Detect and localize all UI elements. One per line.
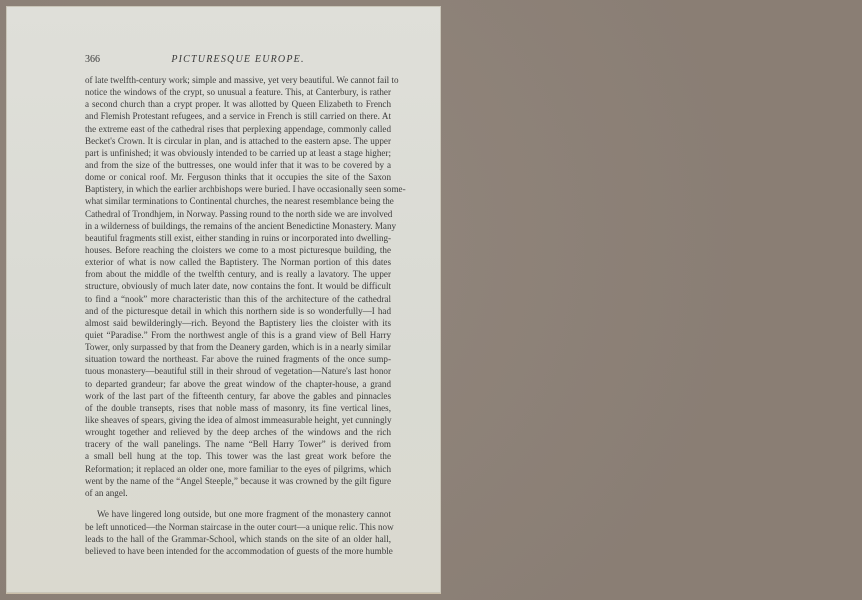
text-line: Reformation; it replaced an older one, m…: [85, 463, 391, 475]
paragraph-gap: [85, 499, 391, 509]
text-line: went by the name of the “Angel Steeple,”…: [85, 475, 391, 487]
text-line: to departed grandeur; far above the grea…: [85, 378, 391, 390]
text-line: Baptistery, in which the earlier archbis…: [85, 183, 391, 195]
text-line: situation toward the northeast. Far abov…: [85, 353, 391, 365]
text-line: part is unfinished; it was obviously int…: [85, 147, 391, 159]
text-line: what similar terminations to Continental…: [85, 195, 391, 207]
body-text: of late twelfth-century work; simple and…: [85, 74, 391, 557]
text-line: tracery of the wall panelings. The name …: [85, 438, 391, 450]
text-line: exterior of what is now called the Bapti…: [85, 256, 391, 268]
text-line: wrought together and relieved by the dee…: [85, 426, 391, 438]
text-line: of late twelfth-century work; simple and…: [85, 74, 391, 86]
text-line: the extreme east of the cathedral rises …: [85, 123, 391, 135]
text-line: a small bell hung at the top. This tower…: [85, 450, 391, 462]
text-line: and from the size of the buttresses, one…: [85, 159, 391, 171]
text-line: from about the middle of the twelfth cen…: [85, 268, 391, 280]
text-line: Tower, only surpassed by that from the D…: [85, 341, 391, 353]
running-title: PICTURESQUE EUROPE.: [85, 54, 391, 65]
text-line: structure, obviously of much later date,…: [85, 280, 391, 292]
text-line: work of the last part of the fifteenth c…: [85, 390, 391, 402]
text-line: We have lingered long outside, but one m…: [85, 508, 391, 520]
text-line: Cathedral of Trondhjem, in Norway. Passi…: [85, 208, 391, 220]
text-line: be left unnoticed—the Norman staircase i…: [85, 521, 391, 533]
text-line: in a wilderness of buildings, the remain…: [85, 220, 391, 232]
text-line: and of the picturesque detail in which t…: [85, 305, 391, 317]
text-line: tuous monastery—beautiful still in their…: [85, 365, 391, 377]
text-line: of the double transepts, rises that nobl…: [85, 402, 391, 414]
text-line: a second church than a crypt proper. It …: [85, 98, 391, 110]
text-line: notice the windows of the crypt, so unus…: [85, 86, 391, 98]
text-line: beautiful fragments still exist, either …: [85, 232, 391, 244]
text-line: Becket's Crown. It is circular in plan, …: [85, 135, 391, 147]
paragraph: We have lingered long outside, but one m…: [85, 508, 391, 557]
text-line: believed to have been intended for the a…: [85, 545, 391, 557]
text-line: of an angel.: [85, 487, 391, 499]
text-line: quiet “Paradise.” From the northwest ang…: [85, 329, 391, 341]
text-line: dome or conical roof. Mr. Ferguson think…: [85, 171, 391, 183]
text-line: to find a “nook” more characteristic tha…: [85, 293, 391, 305]
text-line: leads to the hall of the Grammar-School,…: [85, 533, 391, 545]
text-line: like sheaves of spears, giving the idea …: [85, 414, 391, 426]
text-line: houses. Before reaching the cloisters we…: [85, 244, 391, 256]
page-header: 366 PICTURESQUE EUROPE.: [85, 54, 391, 68]
book-page: 366 PICTURESQUE EUROPE. of late twelfth-…: [6, 6, 441, 594]
text-line: and Flemish Protestant refugees, and a s…: [85, 110, 391, 122]
text-line: almost said bewilderingly—rich. Beyond t…: [85, 317, 391, 329]
paragraph: of late twelfth-century work; simple and…: [85, 74, 391, 499]
